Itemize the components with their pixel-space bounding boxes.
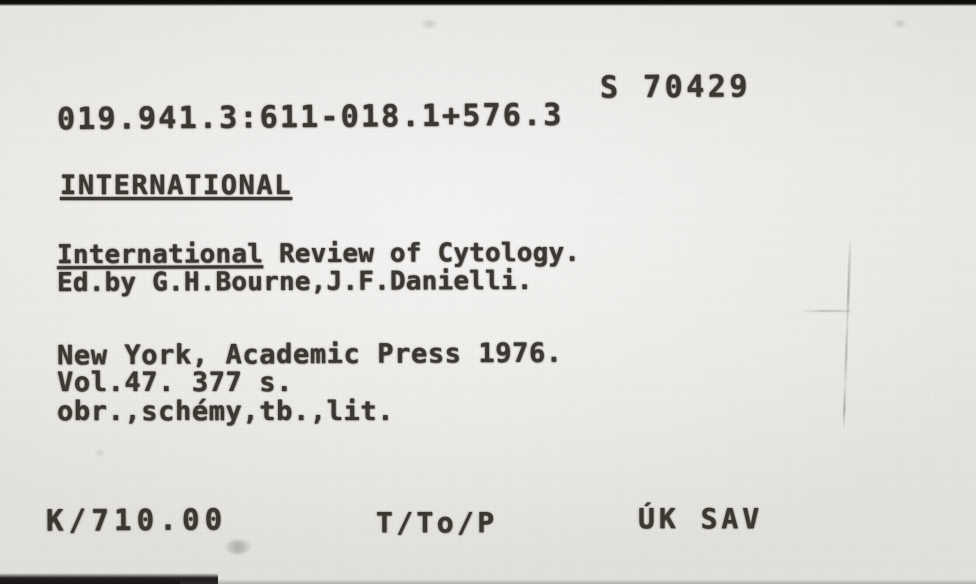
accession-number: S 70429: [600, 69, 751, 105]
category-code: T/To/P: [376, 506, 498, 539]
paper-crease-horizontal: [800, 310, 850, 312]
classification-number: 019.941.3:611-018.1+576.3: [57, 98, 564, 137]
library-sigla: ÚK SAV: [638, 502, 763, 535]
price-code: K/710.00: [46, 502, 228, 537]
title-underlined-word: International: [57, 239, 263, 270]
pencil-smudge: [225, 540, 251, 554]
catalog-card-scan: S 70429 019.941.3:611-018.1+576.3 INTERN…: [0, 0, 976, 584]
scanner-edge-bottom-faint: [180, 579, 976, 584]
paper-speck: [893, 20, 907, 27]
paper-crease-vertical: [843, 236, 852, 428]
illustration-note: obr.,schémy,tb.,lit.: [57, 396, 394, 427]
collation-line: Vol.47. 377 s.: [57, 367, 293, 398]
scanner-edge-top: [0, 0, 976, 6]
paper-speck: [420, 20, 438, 28]
title-rest: Review of Cytology.: [263, 238, 580, 269]
heading-entry: INTERNATIONAL: [60, 170, 292, 201]
statement-of-responsibility: Ed.by G.H.Bourne,J.F.Danielli.: [57, 266, 533, 298]
paper-speck: [95, 450, 105, 456]
